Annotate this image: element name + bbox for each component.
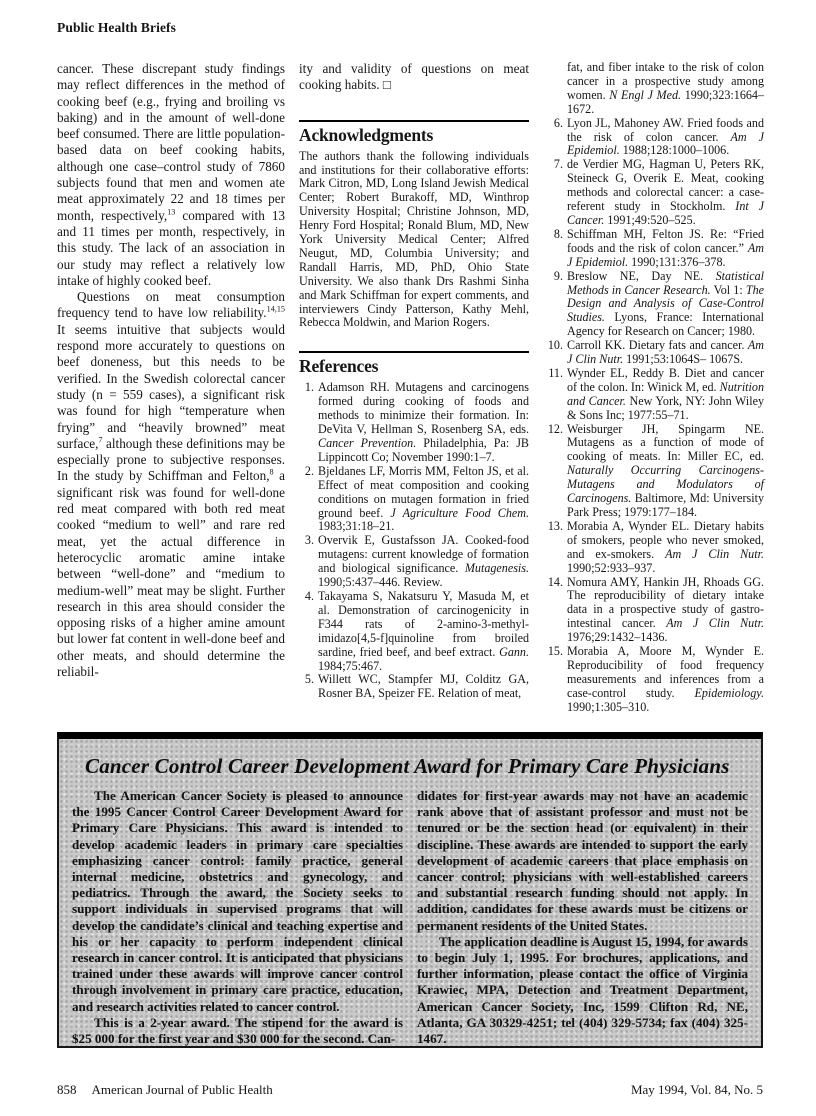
announcement-paragraph: The application deadline is August 15, 1… [417, 934, 748, 1047]
reference-text: Wynder EL, Reddy B. Diet and cancer of t… [567, 367, 764, 423]
announcement-paragraph: The American Cancer Society is pleased t… [72, 788, 403, 1015]
reference-item: 3.Overvik E, Gustafsson JA. Cooked-food … [299, 534, 529, 590]
reference-text: Morabia A, Wynder EL. Dietary habits of … [567, 520, 764, 576]
reference-text: de Verdier MG, Hagman U, Peters RK, Stei… [567, 158, 764, 228]
reference-number: 10. [543, 339, 567, 367]
references-list-1: 1.Adamson RH. Mutagens and carcinogens f… [299, 381, 529, 701]
article-column-3: fat, and fiber intake to the risk of col… [543, 61, 764, 715]
reference-text: Overvik E, Gustafsson JA. Cooked-food mu… [318, 534, 529, 590]
reference-item: 5.Willett WC, Stampfer MJ, Colditz GA, R… [299, 673, 529, 701]
reference-number: 2. [299, 465, 318, 535]
announcement-paragraph: didates for first-year awards may not ha… [417, 788, 748, 934]
footer-left: 858American Journal of Public Health [57, 1082, 273, 1098]
references-rule [299, 351, 529, 353]
reference-text: Lyon JL, Mahoney AW. Fried foods and the… [567, 117, 764, 159]
issue-info: May 1994, Vol. 84, No. 5 [631, 1082, 763, 1098]
reference-item: 13.Morabia A, Wynder EL. Dietary habits … [543, 520, 764, 576]
body-paragraph: Questions on meat consumption frequency … [57, 289, 285, 680]
acknowledgments-paragraph: The authors thank the following individu… [299, 150, 529, 331]
reference-text: Weisburger JH, Spingarm NE. Mutagens as … [567, 423, 764, 520]
reference-text: Carroll KK. Dietary fats and cancer. Am … [567, 339, 764, 367]
reference-text: Bjeldanes LF, Morris MM, Felton JS, et a… [318, 465, 529, 535]
reference-item: 9.Breslow NE, Day NE. Statistical Method… [543, 270, 764, 340]
reference-number: 7. [543, 158, 567, 228]
reference-continuation: fat, and fiber intake to the risk of col… [567, 61, 764, 117]
reference-number: 6. [543, 117, 567, 159]
article-columns: cancer. These discrepant study findings … [57, 61, 764, 715]
reference-item: 8.Schiffman MH, Felton JS. Re: “Fried fo… [543, 228, 764, 270]
reference-text: Adamson RH. Mutagens and carcinogens for… [318, 381, 529, 464]
acknowledgments-rule [299, 120, 529, 122]
reference-number: 5. [299, 673, 318, 701]
reference-number: 13. [543, 520, 567, 576]
article-column-2: ity and validity of questions on meat co… [299, 61, 529, 715]
reference-number: 12. [543, 423, 567, 520]
announcement-column-right: didates for first-year awards may not ha… [417, 788, 748, 1047]
reference-item: 6.Lyon JL, Mahoney AW. Fried foods and t… [543, 117, 764, 159]
running-head: Public Health Briefs [57, 20, 176, 36]
reference-item: 10.Carroll KK. Dietary fats and cancer. … [543, 339, 764, 367]
references-heading: References [299, 356, 529, 377]
reference-number: 4. [299, 590, 318, 673]
reference-item: 1.Adamson RH. Mutagens and carcinogens f… [299, 381, 529, 464]
reference-text: Nomura AMY, Hankin JH, Rhoads GG. The re… [567, 576, 764, 646]
page-footer: 858American Journal of Public Health May… [57, 1082, 763, 1098]
announcement-column-left: The American Cancer Society is pleased t… [72, 788, 403, 1047]
body-paragraph: cancer. These discrepant study findings … [57, 61, 285, 289]
article-column-1: cancer. These discrepant study findings … [57, 61, 285, 715]
reference-item: 2.Bjeldanes LF, Morris MM, Felton JS, et… [299, 465, 529, 535]
acknowledgments-text: The authors thank the following individu… [299, 150, 529, 331]
reference-item: 11.Wynder EL, Reddy B. Diet and cancer o… [543, 367, 764, 423]
page-number: 858 [57, 1082, 77, 1097]
reference-number: 8. [543, 228, 567, 270]
reference-text: Takayama S, Nakatsuru Y, Masuda M, et al… [318, 590, 529, 673]
reference-number: 9. [543, 270, 567, 340]
reference-number: 3. [299, 534, 318, 590]
announcement-title: Cancer Control Career Development Award … [85, 754, 741, 779]
reference-number: 11. [543, 367, 567, 423]
reference-item: 12.Weisburger JH, Spingarm NE. Mutagens … [543, 423, 764, 520]
references-list-2: 6.Lyon JL, Mahoney AW. Fried foods and t… [543, 117, 764, 715]
reference-text: Schiffman MH, Felton JS. Re: “Fried food… [567, 228, 764, 270]
reference-text: Breslow NE, Day NE. Statistical Methods … [567, 270, 764, 340]
reference-item: 14.Nomura AMY, Hankin JH, Rhoads GG. The… [543, 576, 764, 646]
reference-text: Morabia A, Moore M, Wynder E. Reproducib… [567, 645, 764, 715]
article-end-paragraphs: ity and validity of questions on meat co… [299, 61, 529, 94]
reference-item: 15.Morabia A, Moore M, Wynder E. Reprodu… [543, 645, 764, 715]
reference-item: 7.de Verdier MG, Hagman U, Peters RK, St… [543, 158, 764, 228]
reference-item: 4.Takayama S, Nakatsuru Y, Masuda M, et … [299, 590, 529, 673]
reference-number: 1. [299, 381, 318, 464]
announcement-paragraph: This is a 2-year award. The stipend for … [72, 1015, 403, 1047]
announcement-columns: The American Cancer Society is pleased t… [59, 788, 761, 1047]
reference-number: 14. [543, 576, 567, 646]
acknowledgments-heading: Acknowledgments [299, 125, 529, 146]
announcement-box: Cancer Control Career Development Award … [57, 732, 763, 1048]
journal-name: American Journal of Public Health [92, 1082, 273, 1097]
reference-text: Willett WC, Stampfer MJ, Colditz GA, Ros… [318, 673, 529, 701]
reference-number: 15. [543, 645, 567, 715]
body-paragraph: ity and validity of questions on meat co… [299, 61, 529, 94]
